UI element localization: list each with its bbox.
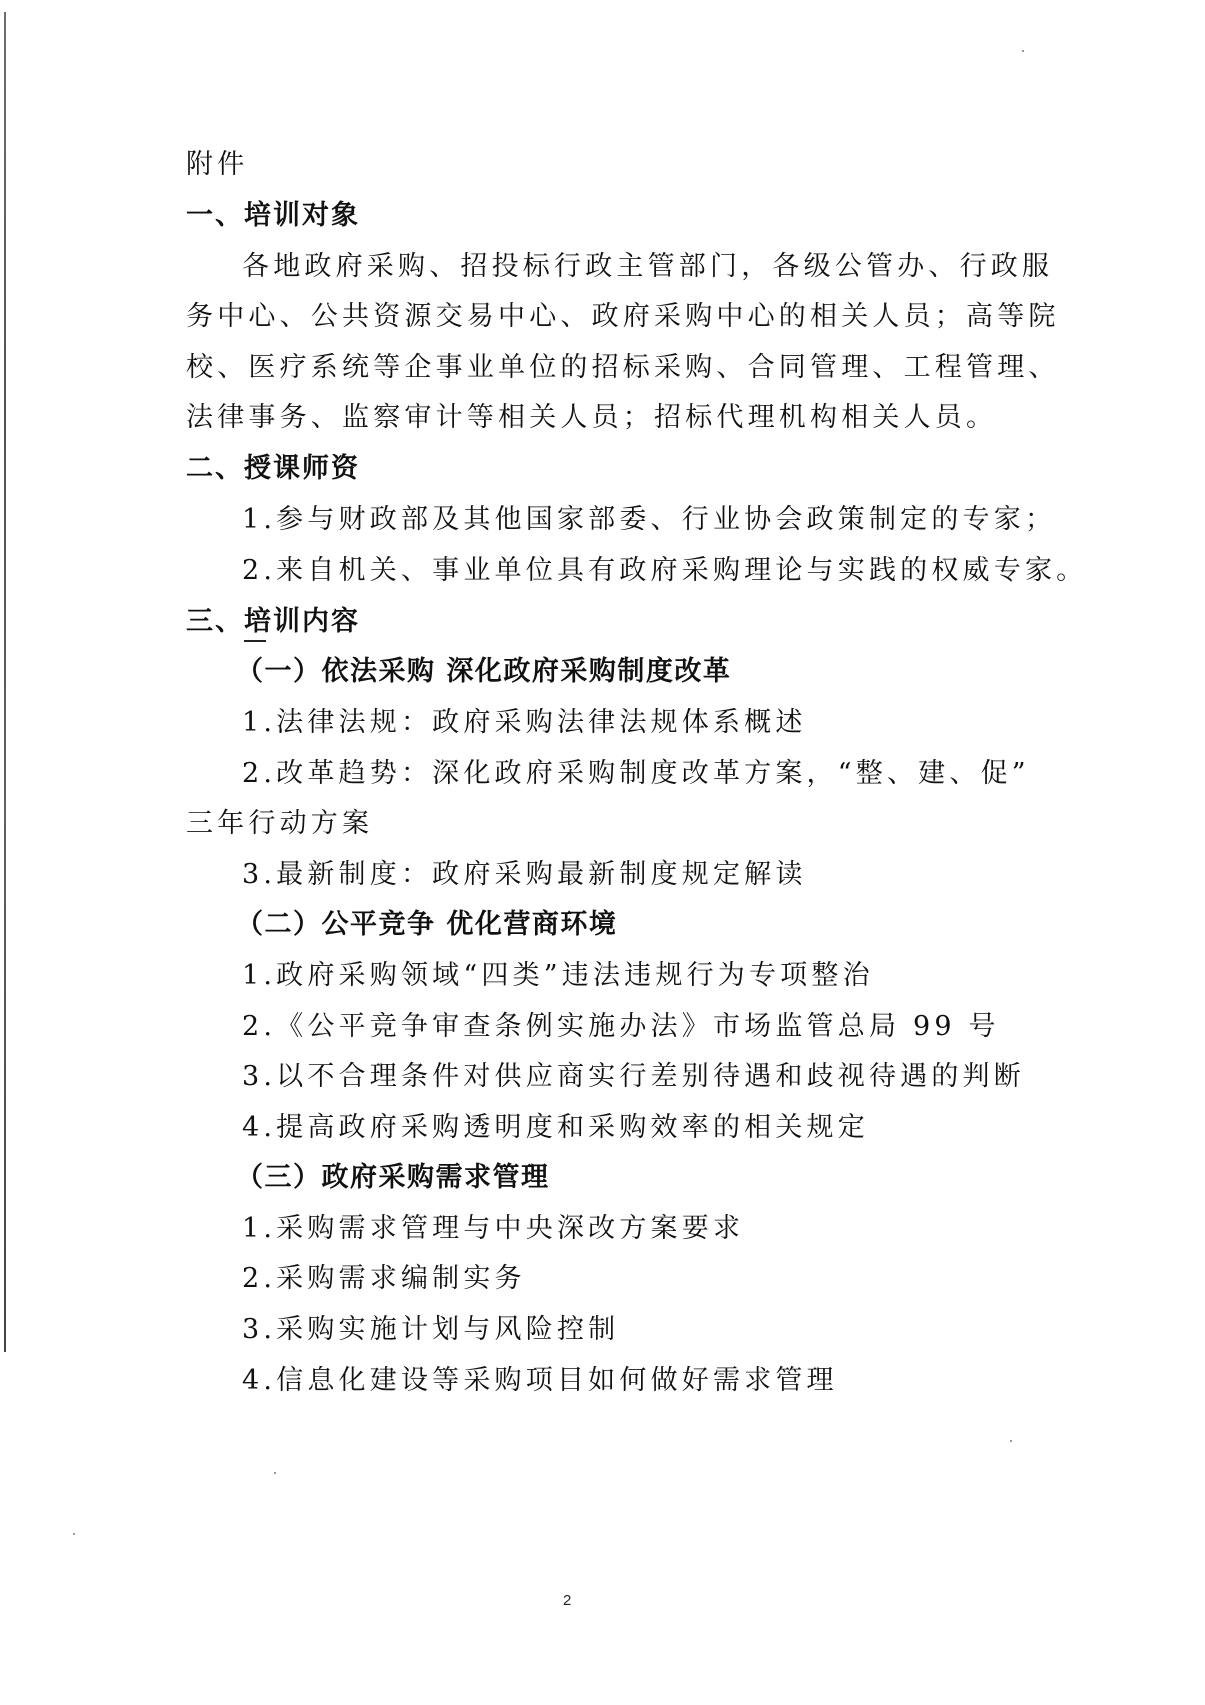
scan-speck xyxy=(73,1533,75,1535)
paragraph-line: 各地政府采购、招投标行政主管部门，各级公管办、行政服 xyxy=(242,250,1053,284)
scan-speck xyxy=(1010,1440,1012,1442)
section-heading-instructors: 二、授课师资 xyxy=(186,452,360,486)
scan-speck xyxy=(274,1472,276,1474)
list-item: 4.提高政府采购透明度和采购效率的相关规定 xyxy=(242,1111,869,1145)
paragraph-line: 法律事务、监察审计等相关人员；招标代理机构相关人员。 xyxy=(186,401,997,435)
subsection-title: （一）依法采购 深化政府采购制度改革 xyxy=(236,655,731,689)
list-item: 2.来自机关、事业单位具有政府采购理论与实践的权威专家。 xyxy=(242,554,1087,588)
attachment-label: 附件 xyxy=(186,148,248,182)
subsection-title: （三）政府采购需求管理 xyxy=(236,1161,550,1195)
page-number: 2 xyxy=(563,1592,571,1609)
list-item: 2.《公平竞争审查条例实施办法》市场监管总局 99 号 xyxy=(242,1010,1000,1044)
subsection-title: （二）公平竞争 优化营商环境 xyxy=(236,908,617,942)
scan-speck xyxy=(1022,50,1024,52)
list-item: 1.参与财政部及其他国家部委、行业协会政策制定的专家； xyxy=(242,503,1056,537)
list-item: 3.采购实施计划与风险控制 xyxy=(242,1313,619,1347)
paragraph-line: 务中心、公共资源交易中心、政府采购中心的相关人员；高等院 xyxy=(186,300,1060,334)
list-item: 1.法律法规：政府采购法律法规体系概述 xyxy=(242,706,807,740)
list-item: 3.最新制度：政府采购最新制度规定解读 xyxy=(242,858,807,892)
section-heading-training-targets: 一、培训对象 xyxy=(186,199,360,233)
list-item: 2.改革趋势：深化政府采购制度改革方案，“整、建、促” xyxy=(242,757,1030,791)
scan-mark xyxy=(244,640,266,642)
list-item: 1.采购需求管理与中央深改方案要求 xyxy=(242,1212,744,1246)
list-item: 2.采购需求编制实务 xyxy=(242,1262,526,1296)
section-heading-training-content: 三、培训内容 xyxy=(186,605,360,639)
list-item-continuation: 三年行动方案 xyxy=(186,807,373,841)
paragraph-line: 校、医疗系统等企事业单位的招标采购、合同管理、工程管理、 xyxy=(186,351,1060,385)
list-item: 1.政府采购领域“四类”违法违规行为专项整治 xyxy=(242,959,874,993)
scan-edge-line xyxy=(4,12,6,1352)
list-item: 4.信息化建设等采购项目如何做好需求管理 xyxy=(242,1364,838,1398)
list-item: 3.以不合理条件对供应商实行差别待遇和歧视待遇的判断 xyxy=(242,1060,1025,1094)
